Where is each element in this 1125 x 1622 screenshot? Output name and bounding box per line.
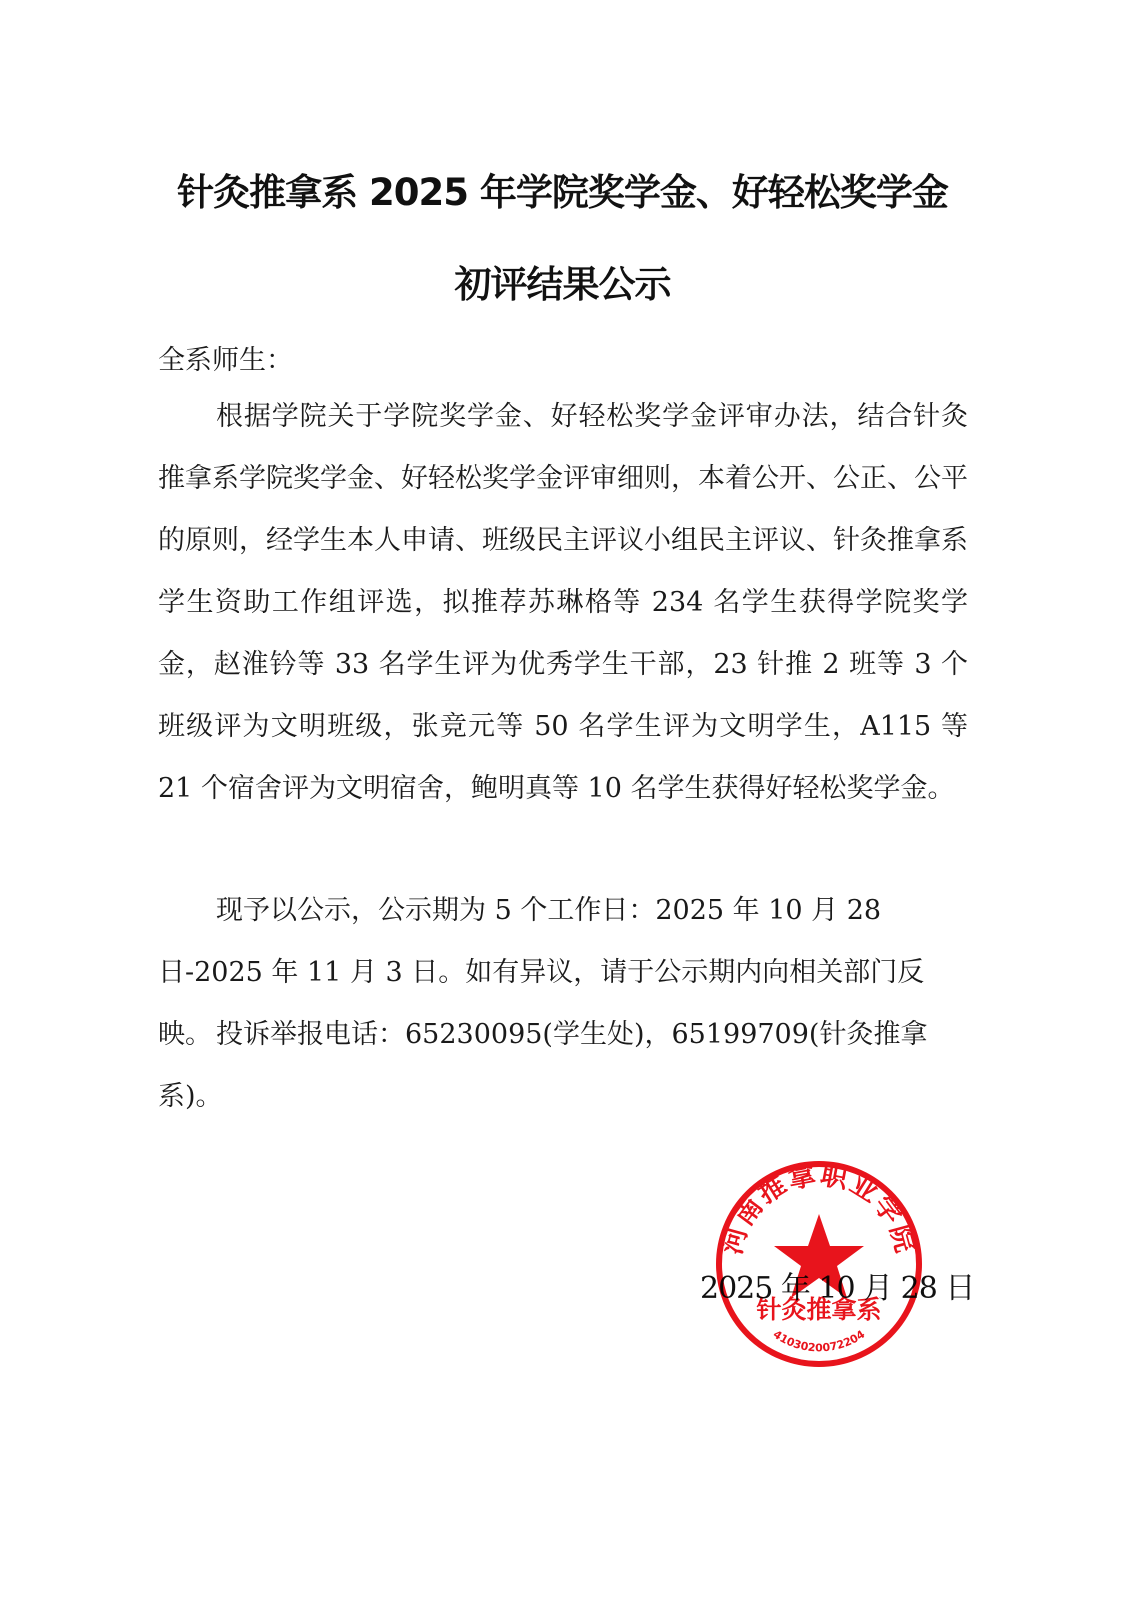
paragraph-complaint-phone: 投诉举报电话：65230095(学生处)，65199709(针灸推拿系)。 <box>158 1004 968 1128</box>
document-title-line2: 初评结果公示 <box>0 254 1125 308</box>
svg-text:4103020072204: 4103020072204 <box>771 1328 868 1355</box>
document-title-line1: 针灸推拿系 2025 年学院奖学金、好轻松奖学金 <box>0 162 1125 216</box>
paragraph-main: 根据学院关于学院奖学金、好轻松奖学金评审办法，结合针灸推拿系学院奖学金、好轻松奖… <box>158 386 968 820</box>
seal-code: 4103020072204 <box>771 1328 868 1355</box>
salutation: 全系师生： <box>158 330 968 392</box>
official-seal-icon: 河南推拿职业学院 针灸推拿系 4103020072204 <box>713 1158 925 1370</box>
seal-inner-text: 针灸推拿系 <box>756 1295 881 1324</box>
